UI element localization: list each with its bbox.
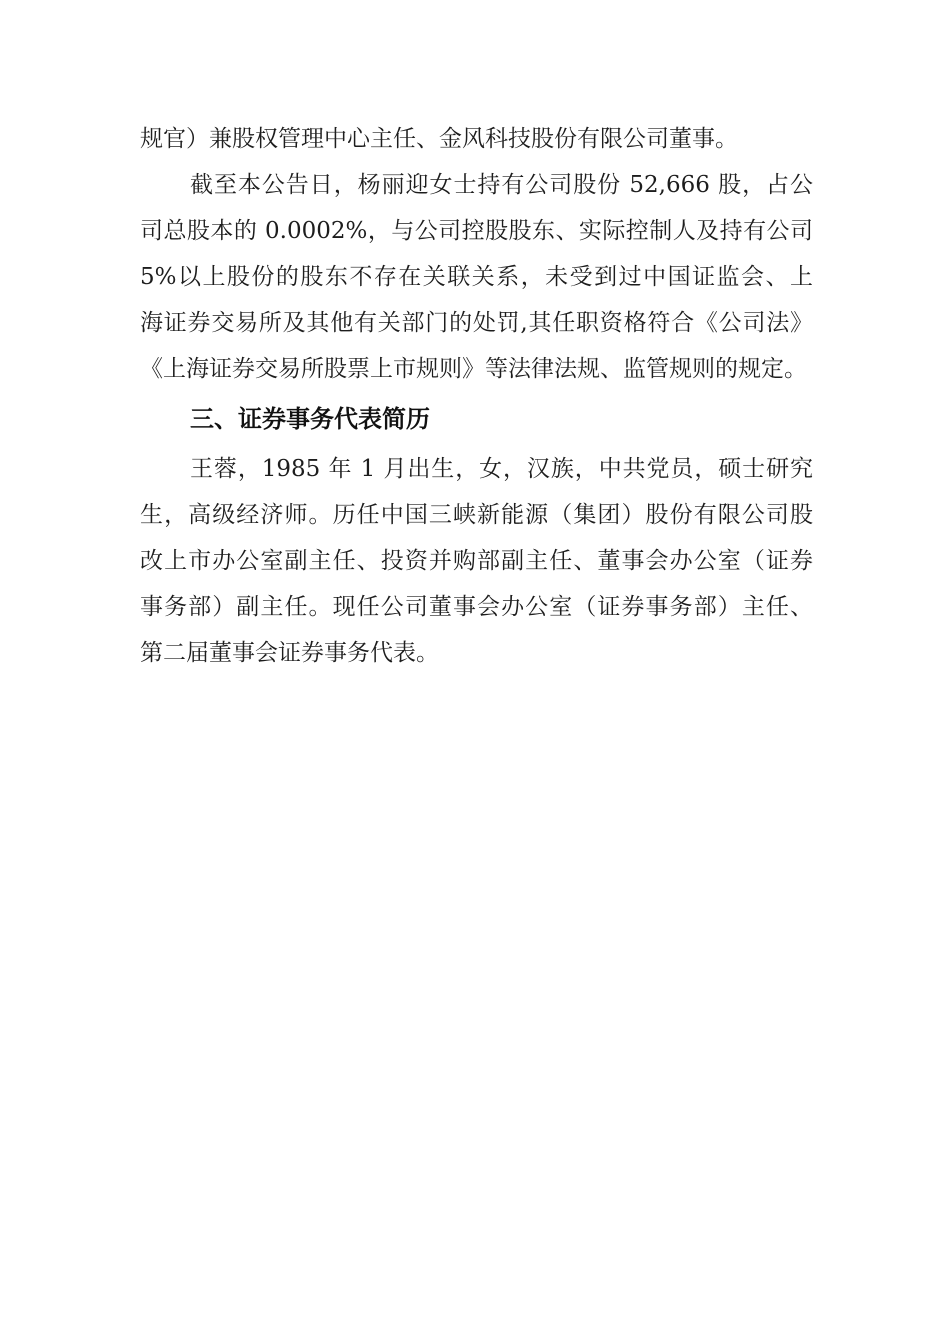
body-line-10: 改上市办公室副主任、投资并购部副主任、董事会办公室（证券 [140,538,813,584]
body-line-12: 第二届董事会证券事务代表。 [140,630,813,676]
body-line-5: 海证券交易所及其他有关部门的处罚,其任职资格符合《公司法》 [140,300,813,346]
body-line-6: 《上海证券交易所股票上市规则》等法律法规、监管规则的规定。 [140,346,813,392]
body-line-9: 生，高级经济师。历任中国三峡新能源（集团）股份有限公司股 [140,492,813,538]
text-block: 规官）兼股权管理中心主任、金风科技股份有限公司董事。 截至本公告日，杨丽迎女士持… [140,116,813,676]
body-line-2: 截至本公告日，杨丽迎女士持有公司股份 52,666 股，占公 [140,162,813,208]
body-line-4: 5%以上股份的股东不存在关联关系，未受到过中国证监会、上 [140,254,813,300]
body-line-8: 王蓉，1985 年 1 月出生，女，汉族，中共党员，硕士研究 [140,446,813,492]
section-heading: 三、证券事务代表简历 [140,396,813,442]
body-line-3: 司总股本的 0.0002%，与公司控股股东、实际控制人及持有公司 [140,208,813,254]
document-page: 规官）兼股权管理中心主任、金风科技股份有限公司董事。 截至本公告日，杨丽迎女士持… [0,0,949,1344]
body-line-1: 规官）兼股权管理中心主任、金风科技股份有限公司董事。 [140,116,813,162]
body-line-11: 事务部）副主任。现任公司董事会办公室（证券事务部）主任、 [140,584,813,630]
